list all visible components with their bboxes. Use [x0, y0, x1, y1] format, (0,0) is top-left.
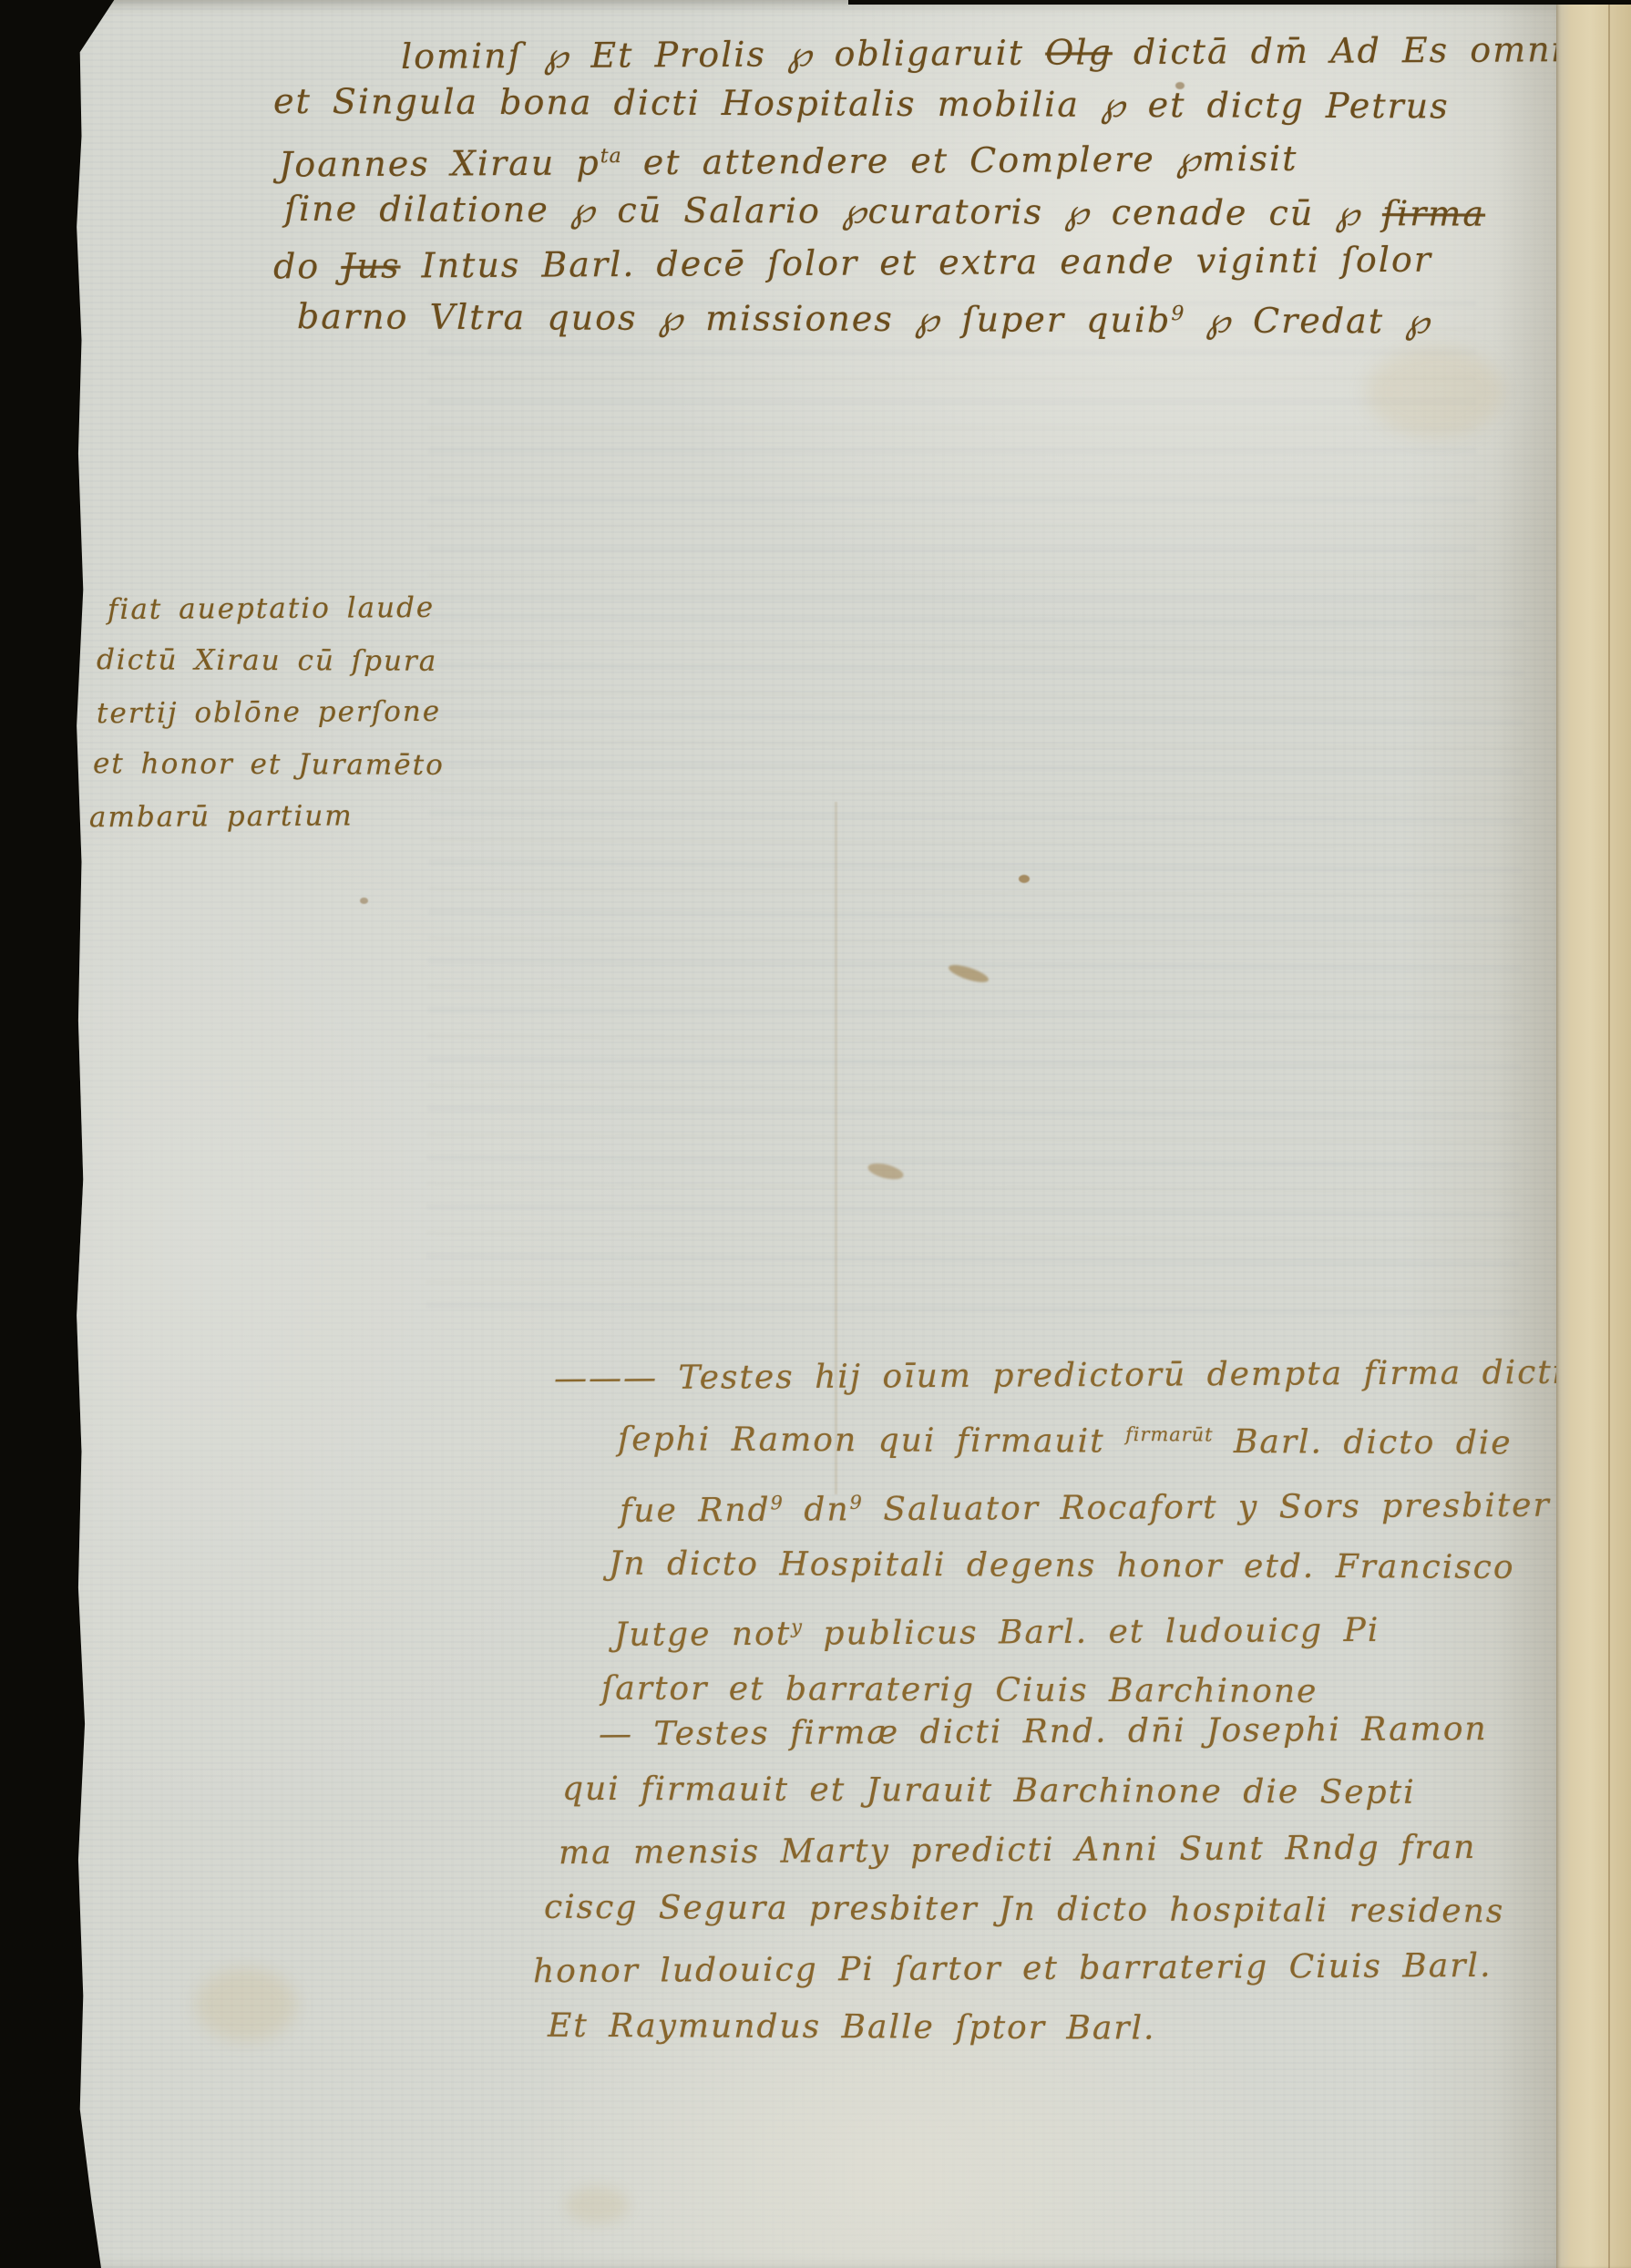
manuscript-line: Joannes Xirau pta et attendere et Comple… — [279, 126, 1587, 190]
struck-text: Jus — [341, 246, 400, 286]
manuscript-page: lominſ ℘ Et Prolis ℘ obligaruit Olg dict… — [0, 0, 1631, 2268]
manuscript-text: ——— Testes hij oīum predictorū dempta fi… — [554, 1353, 1622, 1397]
manuscript-text: barno Vltra quos ℘ missiones ℘ ſuper qui… — [297, 296, 1172, 340]
photo-backdrop-top-edge — [848, 0, 1631, 5]
manuscript-text: Et Raymundus Balle ſptor Barl. — [548, 2007, 1156, 2047]
manuscript-line: — Testes firmæ dicti Rnd. dn̄i Josephi R… — [599, 1699, 1505, 1764]
main-clause-paragraph: lominſ ℘ Et Prolis ℘ obligaruit Olg dict… — [273, 27, 1587, 344]
ink-stain — [360, 898, 368, 904]
manuscript-line: ambarū partium — [89, 790, 445, 844]
manuscript-text: ſephi Ramon qui firmauit — [618, 1421, 1125, 1460]
superscript-text: 9 — [1171, 303, 1185, 325]
manuscript-text: fue Rnd — [620, 1491, 771, 1529]
manuscript-text: Intus Barl. decē ſolor et extra eande vi… — [400, 240, 1432, 286]
manuscript-line: lominſ ℘ Et Prolis ℘ obligaruit Olg dict… — [401, 24, 1587, 82]
manuscript-text: et honor et Juramēto — [93, 747, 445, 782]
struck-text: ſirma — [1382, 193, 1485, 233]
manuscript-text: ſine dilatione ℘ cū Salario ℘curatoris ℘… — [284, 189, 1382, 233]
manuscript-text: ma mensis Marty predicti Anni Sunt Rndg … — [559, 1829, 1477, 1872]
witness-clause-first: ——— Testes hij oīum predictorū dempta fi… — [554, 1347, 1622, 1720]
manuscript-text: fiat aueptatio laude — [108, 591, 435, 626]
manuscript-text: ciscg Segura presbiter Jn dicto hospital… — [544, 1889, 1504, 1931]
fore-edge-crease — [1608, 0, 1610, 2268]
manuscript-text: ℘ Credat ℘ — [1185, 301, 1431, 342]
manuscript-line: fue Rnd9 dn9 Saluator Rocafort y Sors pr… — [620, 1468, 1622, 1540]
manuscript-line: tertij oblōne perſone — [97, 686, 445, 740]
manuscript-text: Barl. dicto die — [1213, 1423, 1512, 1462]
manuscript-text: Jn dicto Hospitali degens honor etd. Fra… — [609, 1545, 1515, 1586]
manuscript-text: publicus Barl. et ludouicg Pi — [803, 1612, 1380, 1653]
paper-stain — [196, 1968, 296, 2041]
manuscript-text: do — [273, 246, 342, 286]
superscript-text: 9 — [849, 1491, 862, 1513]
manuscript-line: et honor et Juramēto — [93, 738, 445, 792]
struck-text: Olg — [1045, 32, 1113, 72]
manuscript-line: barno Vltra quos ℘ missiones ℘ ſuper qui… — [297, 285, 1587, 347]
manuscript-line: et Singula bona dicti Hospitalis mobilia… — [273, 76, 1587, 132]
superscript-text: 9 — [771, 1492, 784, 1514]
manuscript-line: fiat aueptatio laude — [108, 582, 445, 636]
manuscript-text: et Singula bona dicti Hospitalis mobilia… — [273, 81, 1450, 127]
manuscript-line: Jutge noty publicus Barl. et ludouicg Pi — [614, 1593, 1622, 1665]
manuscript-text: et attendere et Complere ℘misit — [622, 139, 1298, 183]
manuscript-line: honor ludouicg Pi ſartor et barraterig C… — [533, 1936, 1505, 2002]
superscript-text: ta — [600, 145, 622, 168]
manuscript-text: dn — [784, 1491, 850, 1528]
manuscript-line: ſine dilatione ℘ cū Salario ℘curatoris ℘… — [284, 183, 1587, 240]
ink-bleedthrough-middle — [426, 598, 1523, 1316]
manuscript-text: Saluator Rocafort y Sors presbiter — [863, 1486, 1551, 1528]
manuscript-photo: lominſ ℘ Et Prolis ℘ obligaruit Olg dict… — [0, 0, 1631, 2268]
manuscript-line: ciscg Segura presbiter Jn dicto hospital… — [544, 1878, 1505, 1942]
manuscript-text: honor ludouicg Pi ſartor et barraterig C… — [533, 1947, 1493, 1990]
superscript-text: y — [791, 1616, 803, 1637]
witness-clause-second: — Testes firmæ dicti Rnd. dn̄i Josephi R… — [533, 1702, 1504, 2058]
manuscript-text: dictū Xirau cū ſpura — [97, 643, 437, 678]
manuscript-text: qui firmauit et Jurauit Barchinone die S… — [562, 1770, 1416, 1811]
manuscript-line: qui firmauit et Jurauit Barchinone die S… — [562, 1760, 1505, 1823]
manuscript-text: ambarū partium — [89, 799, 354, 834]
manuscript-line: do Jus Intus Barl. decē ſolor et extra e… — [273, 233, 1587, 292]
manuscript-line: ma mensis Marty predicti Anni Sunt Rndg … — [559, 1818, 1505, 1883]
page-curvature-shadow — [1494, 0, 1558, 2268]
manuscript-line: Et Raymundus Balle ſptor Barl. — [548, 1996, 1505, 2060]
paper-stain — [565, 2187, 629, 2223]
manuscript-line: dictū Xirau cū ſpura — [97, 634, 445, 688]
manuscript-text: Jutge not — [614, 1616, 791, 1654]
margin-note: fiat aueptatio laudedictū Xirau cū ſpura… — [97, 583, 445, 843]
book-fore-edge — [1556, 0, 1631, 2268]
manuscript-text: Joannes Xirau p — [279, 142, 600, 184]
manuscript-line: ——— Testes hij oīum predictorū dempta fi… — [554, 1343, 1622, 1408]
manuscript-line: ſephi Ramon qui firmauit firmarūt Barl. … — [618, 1403, 1622, 1473]
superscript-text: firmarūt — [1125, 1423, 1214, 1445]
manuscript-text: lominſ ℘ Et Prolis ℘ obligaruit — [401, 33, 1045, 77]
manuscript-text: tertij oblōne perſone — [97, 695, 441, 730]
manuscript-text: — Testes firmæ dicti Rnd. dn̄i Josephi R… — [599, 1710, 1488, 1753]
manuscript-line: Jn dicto Hospitali degens honor etd. Fra… — [609, 1535, 1622, 1598]
